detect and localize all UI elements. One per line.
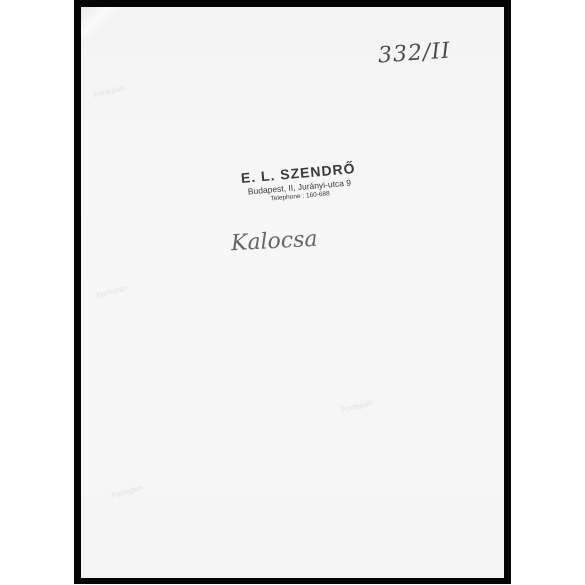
handwritten-location: Kalocsa xyxy=(230,227,318,256)
reference-number: 332/II xyxy=(377,38,451,68)
photographer-stamp: E. L. SZENDRŐ Budapest, II, Jurányi-utca… xyxy=(228,159,371,206)
watermark: Fortepan xyxy=(110,483,143,500)
watermark: Fortepan xyxy=(340,398,373,415)
watermark: Fortepan xyxy=(92,83,125,100)
corner-crease xyxy=(81,7,121,37)
watermark: Fortepan xyxy=(95,283,128,300)
paper-sheet: Fortepan Fortepan Fortepan Fortepan 332/… xyxy=(81,7,504,578)
